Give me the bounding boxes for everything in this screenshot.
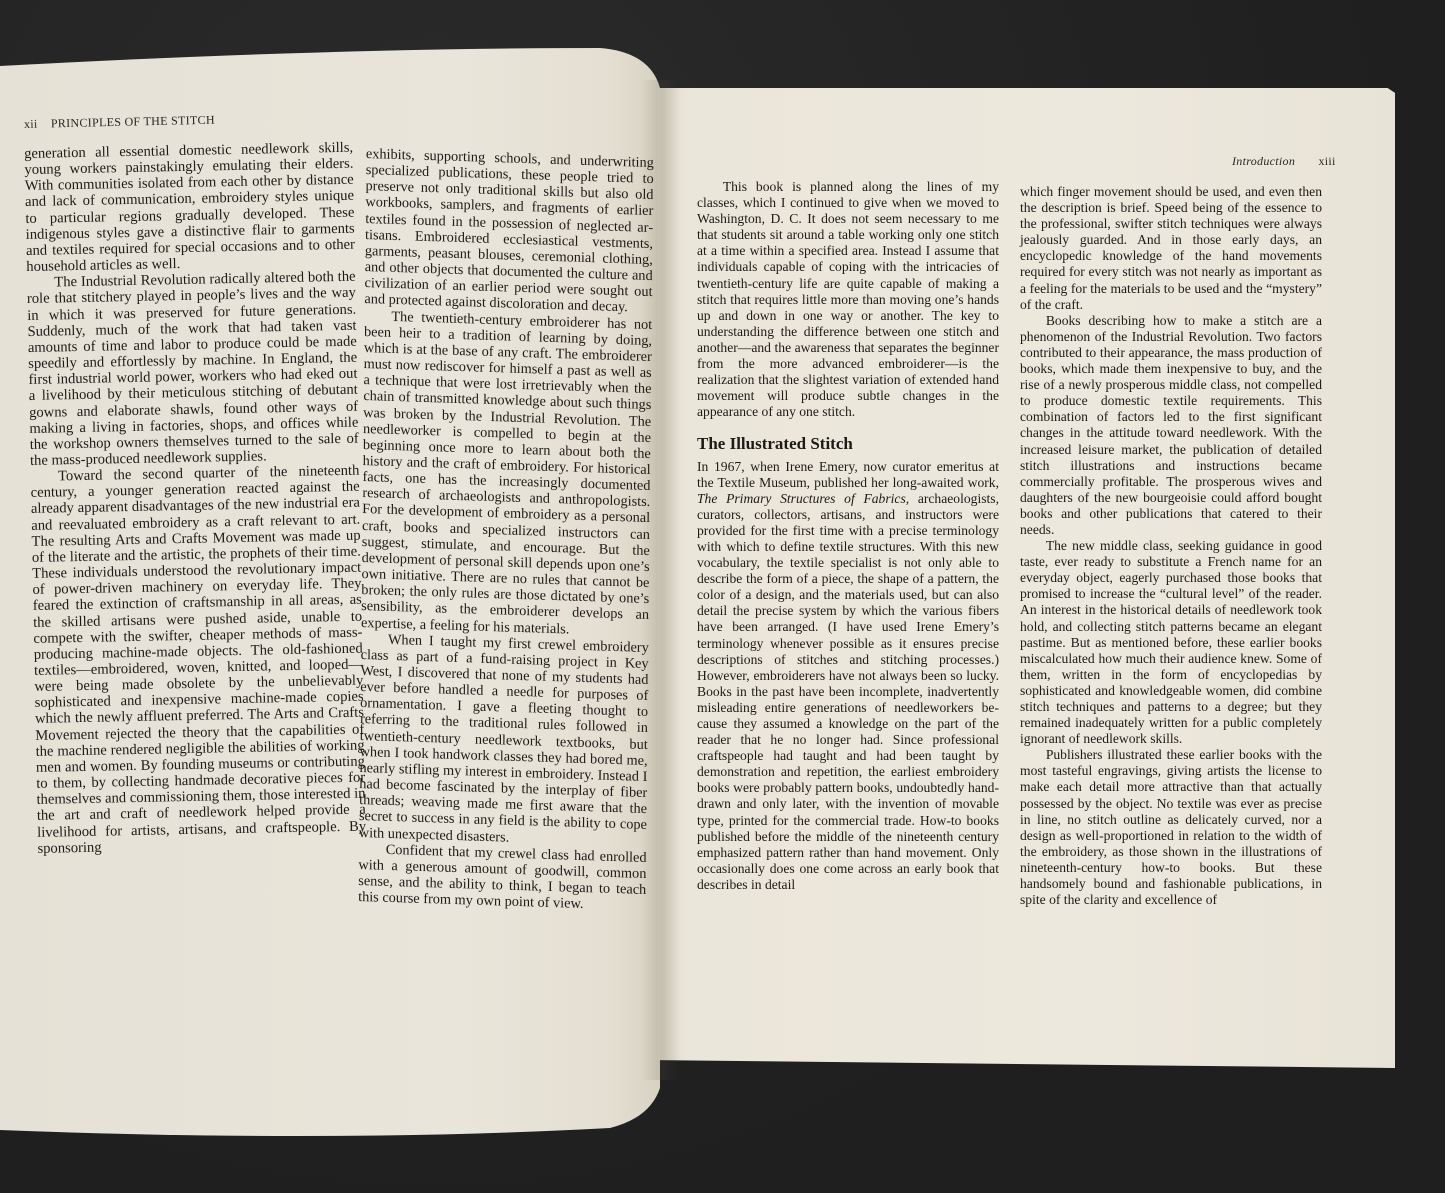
paragraph: generation all essential domestic needle… [24,140,355,276]
chapter-title-header: Introduction [1232,154,1295,168]
cited-book-title: The Primary Structures of Fabrics, [697,491,909,506]
right-page-number: xiii [1318,154,1335,168]
paragraph: The new middle class, seeking guidance i… [1020,538,1322,747]
book-title-header: PRINCIPLES OF THE STITCH [51,113,215,131]
text-run: In 1967, when Irene Emery, now curator e… [697,459,999,490]
paragraph: Publishers illustrated these earlier boo… [1020,747,1322,908]
paragraph: This book is planned along the lines of … [697,179,999,420]
paragraph: In 1967, when Irene Emery, now curator e… [697,459,999,894]
right-running-head: Introduction xiii [1232,154,1336,169]
right-page-column-1: This book is planned along the lines of … [697,179,999,893]
right-page-column-2: which finger movement should be used, an… [1020,184,1322,908]
paragraph: which finger movement should be used, an… [1020,184,1322,313]
paragraph: Books describing how to make a stitch ar… [1020,313,1322,538]
paragraph: Toward the second quarter of the nine­te… [30,463,366,857]
left-page-number: xii [24,117,38,131]
paragraph: exhibits, supporting schools, and underw… [364,146,654,317]
paragraph: The twentieth-century embroiderer has no… [361,308,652,640]
text-run: ar­chaeologists, curators, collectors, a… [697,491,999,892]
left-page-column-2: exhibits, supporting schools, and underw… [358,146,654,914]
paragraph: When I taught my first crewel embroidery… [359,631,649,850]
section-heading: The Illustrated Stitch [697,436,999,452]
paragraph: Confident that my crewel class had en­ro… [358,841,647,915]
paragraph: The Industrial Revolution radically alte… [26,269,359,469]
left-page-column-1: generation all essential domestic needle… [24,140,367,857]
